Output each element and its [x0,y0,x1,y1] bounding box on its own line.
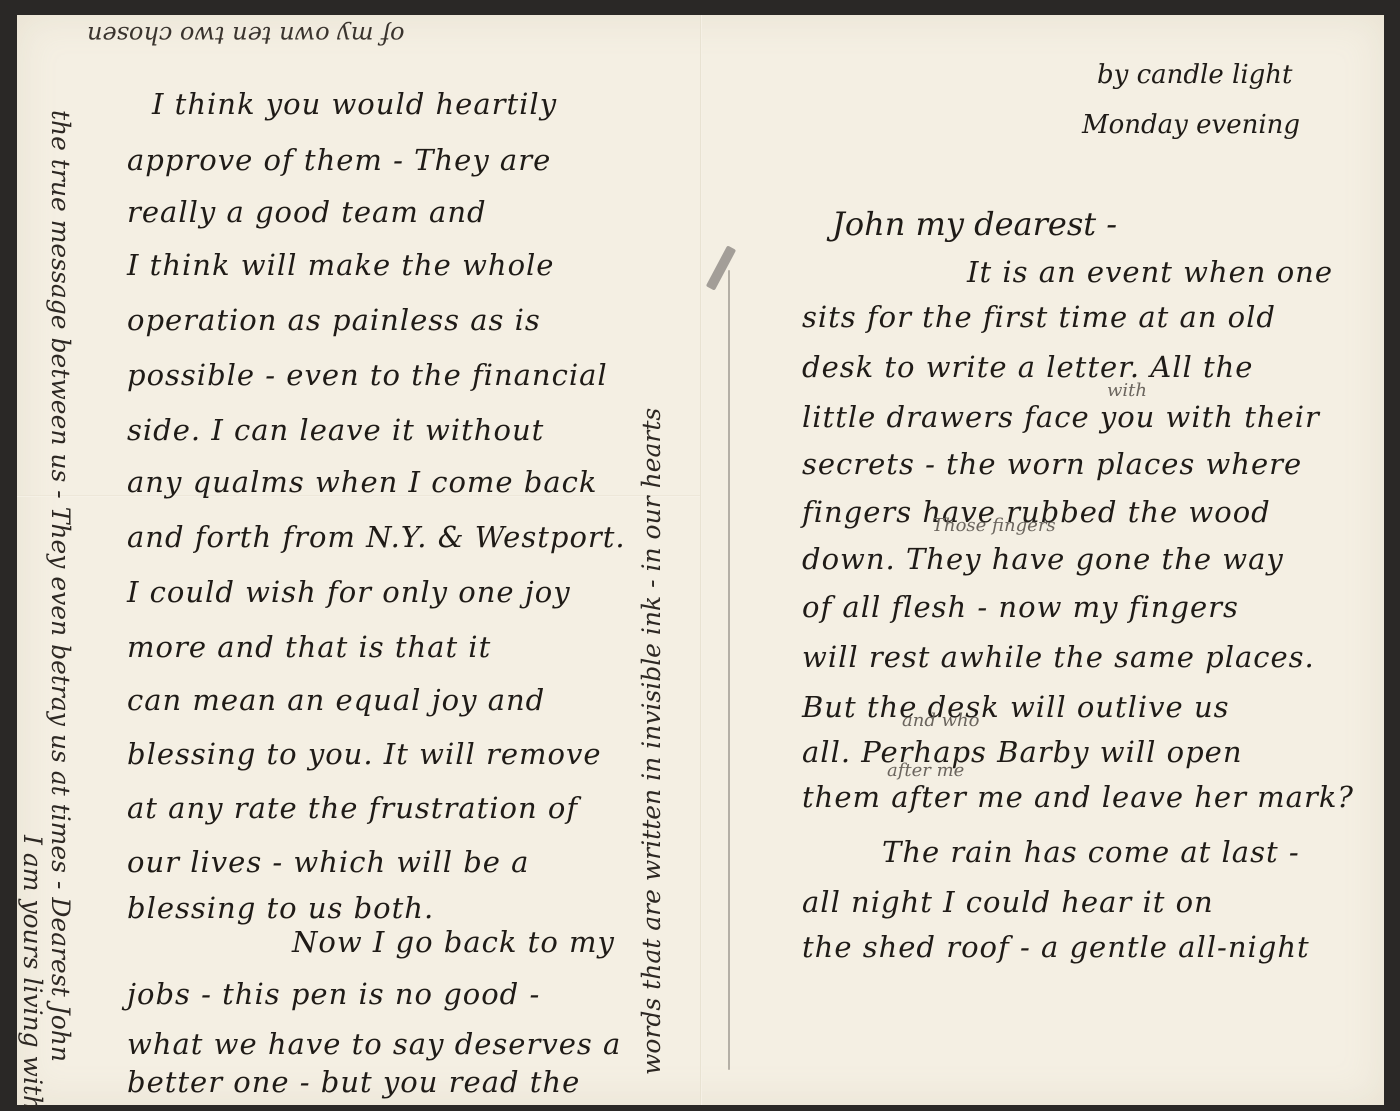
left-line-7: side. I can leave it without [127,413,544,447]
upside-down-note: of my own ten two chosen [87,21,405,49]
left-line-5: operation as painless as is [127,303,541,337]
right-line-4: little drawers face you with their [802,400,1320,434]
right-margin-note: words that are written in invisible ink … [637,408,666,1075]
left-line-1: I think you would heartily [152,87,557,121]
left-line-11: more and that is that it [127,630,491,664]
right-line-12: them after me and leave her mark? [802,780,1354,814]
letter-sheet: of my own ten two chosen I think you wou… [17,15,1384,1105]
right-page: by candle light Monday evening John my d… [702,15,1384,1105]
heading-line-2: Monday evening [1082,110,1300,140]
left-line-16: blessing to us both. [127,891,434,925]
right-line-7: down. They have gone the way [802,542,1284,576]
left-line-14: at any rate the frustration of [127,791,578,825]
pencil-bracket-line [728,270,730,1070]
right-line-2: sits for the first time at an old [802,300,1276,334]
insert-and-who: and who [902,710,979,731]
right-line-3: desk to write a letter. All the [802,350,1253,384]
right-line-14: all night I could hear it on [802,885,1214,919]
right-line-10: But the desk will outlive us [802,690,1230,724]
pencil-arrow-icon [706,245,736,290]
right-line-11: all. Perhaps Barby will open [802,735,1243,769]
left-line-8: any qualms when I come back [127,465,597,499]
insert-those-fingers: Those fingers [932,515,1056,536]
left-margin-note-2: I am yours living with [18,835,47,1111]
right-line-8: of all flesh - now my fingers [802,590,1239,624]
left-line-3: really a good team and [127,195,487,229]
left-line-9: and forth from N.Y. & Westport. [127,520,626,554]
left-line-17: Now I go back to my [292,925,615,959]
left-line-13: blessing to you. It will remove [127,737,602,771]
left-line-2: approve of them - They are [127,143,551,177]
salutation: John my dearest - [832,205,1117,243]
right-line-9: will rest awhile the same places. [802,640,1315,674]
left-line-6: possible - even to the financial [127,358,608,392]
left-line-4: I think will make the whole [127,248,554,282]
left-line-10: I could wish for only one joy [127,575,571,609]
right-line-13: The rain has come at last - [882,835,1300,869]
left-line-18: jobs - this pen is no good - [127,977,540,1011]
insert-with: with [1107,380,1147,401]
left-margin-note: the true message between us - They even … [46,110,75,1062]
right-line-5: secrets - the worn places where [802,447,1302,481]
insert-after-me: after me [887,760,964,781]
left-page: of my own ten two chosen I think you wou… [17,15,700,1105]
right-line-15: the shed roof - a gentle all-night [802,930,1310,964]
left-line-19: what we have to say deserves a [127,1027,621,1061]
heading-line-1: by candle light [1097,60,1292,90]
right-line-1: It is an event when one [967,255,1333,289]
left-line-15: our lives - which will be a [127,845,529,879]
left-line-20: better one - but you read the [127,1065,580,1099]
left-line-12: can mean an equal joy and [127,683,545,717]
